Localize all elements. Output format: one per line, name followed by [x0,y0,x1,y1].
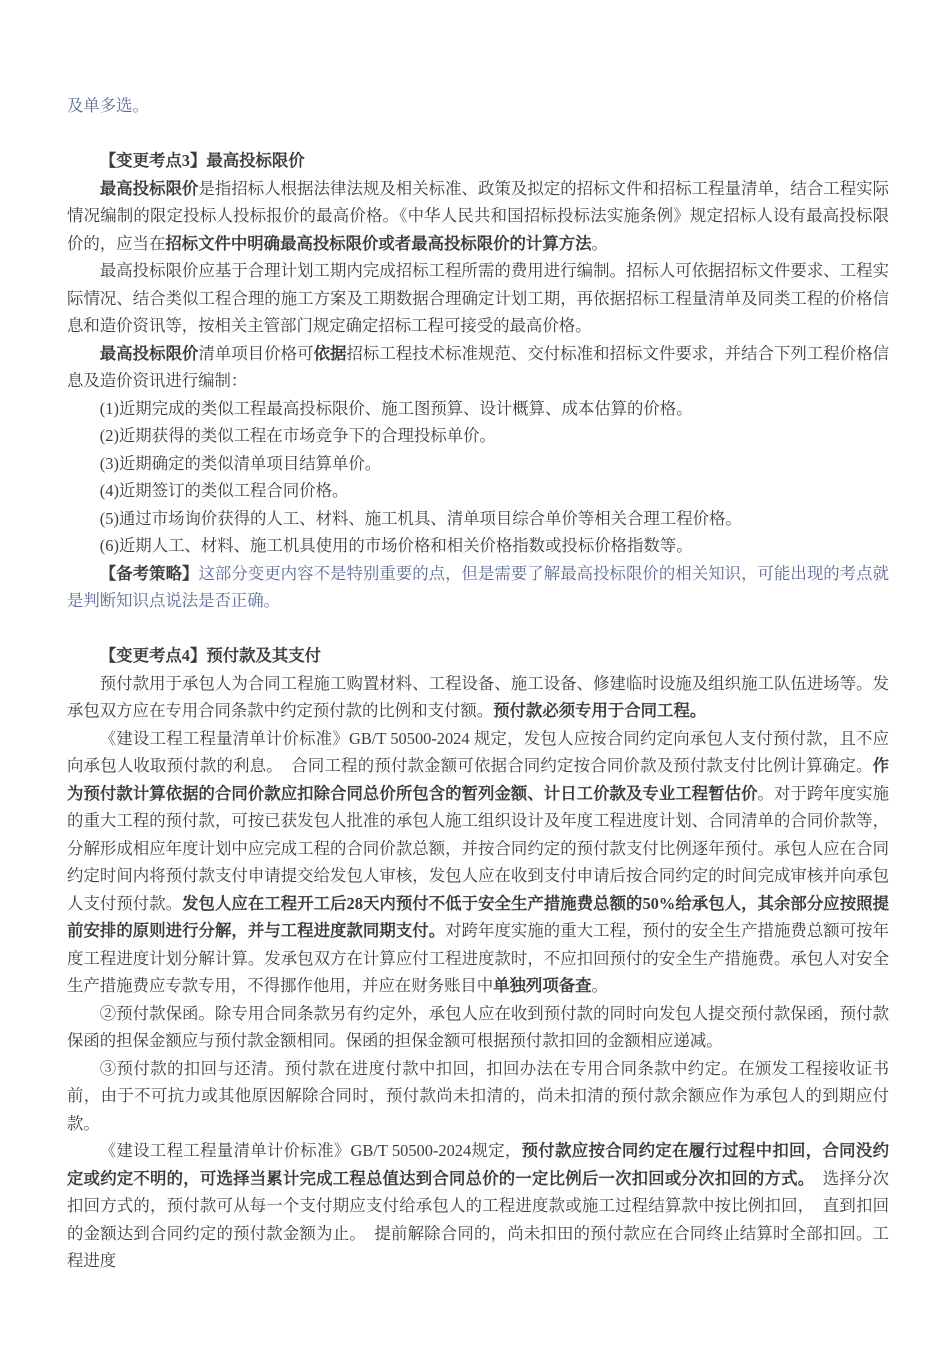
text-run: 。 [592,234,608,253]
text-run: 。 [592,976,608,995]
text-run: 《建设工程工程量清单计价标准》GB/T 50500-2024 规定，发包人应按合… [67,729,889,776]
paragraph: 《建设工程工程量清单计价标准》GB/T 50500-2024 规定，发包人应按合… [67,725,889,1000]
paragraph: 最高投标限价应基于合理计划工期内完成招标工程所需的费用进行编制。招标人可依据招标… [67,257,889,340]
text-run: 清单项目价格可 [198,344,313,363]
heading-keypoint-3: 【变更考点3】最高投标限价 [67,147,889,175]
heading-keypoint-4: 【变更考点4】预付款及其支付 [67,642,889,670]
paragraph: 最高投标限价是指招标人根据法律法规及相关标准、政策及拟定的招标文件和招标工程量清… [67,175,889,258]
intro-line: 及单多选。 [67,92,889,120]
text-run: 招标文件中明确最高投标限价或者最高投标限价的计算方法 [165,234,591,253]
list-item: (6)近期人工、材料、施工机具使用的市场价格和相关价格指数或投标价格指数等。 [67,532,889,560]
paragraph: 预付款用于承包人为合同工程施工购置材料、工程设备、施工设备、修建临时设施及组织施… [67,670,889,725]
text-run: (6)近期人工、材料、施工机具使用的市场价格和相关价格指数或投标价格指数等。 [100,536,693,555]
text-run: 【备考策略】 [100,564,199,583]
text-run: (5)通过市场询价获得的人工、材料、施工机具、清单项目综合单价等相关合理工程价格… [100,509,742,528]
text-run: 依据 [314,344,347,363]
text-run: (3)近期确定的类似清单项目结算单价。 [100,454,381,473]
text-run: 最高投标限价应基于合理计划工期内完成招标工程所需的费用进行编制。招标人可依据招标… [67,261,889,335]
text-run: (4)近期签订的类似工程合同价格。 [100,481,349,500]
text-run: 【变更考点3】最高投标限价 [100,151,305,170]
text-run: 单独列项备查 [493,976,591,995]
blank-line [67,120,889,148]
list-item: (4)近期签订的类似工程合同价格。 [67,477,889,505]
list-item: (2)近期获得的类似工程在市场竞争下的合理投标单价。 [67,422,889,450]
paragraph: 最高投标限价清单项目价格可依据招标工程技术标准规范、交付标准和招标文件要求，并结… [67,340,889,395]
text-run: 及单多选。 [67,96,149,115]
paragraph: ②预付款保函。除专用合同条款另有约定外，承包人应在收到预付款的同时向发包人提交预… [67,1000,889,1055]
document-page: 及单多选。 【变更考点3】最高投标限价 最高投标限价是指招标人根据法律法规及相关… [0,0,950,1345]
text-run: ③预付款的扣回与还清。预付款在进度付款中扣回，扣回办法在专用合同条款中约定。在颁… [67,1059,889,1133]
text-run: (1)近期完成的类似工程最高投标限价、施工图预算、设计概算、成本估算的价格。 [100,399,693,418]
text-run: 最高投标限价 [100,179,199,198]
text-run: ②预付款保函。除专用合同条款另有约定外，承包人应在收到预付款的同时向发包人提交预… [67,1004,889,1051]
text-run: 预付款用于承包人为合同工程施工购置材料、工程设备、施工设备、修建临时设施及组织施… [67,674,889,721]
paragraph: ③预付款的扣回与还清。预付款在进度付款中扣回，扣回办法在专用合同条款中约定。在颁… [67,1055,889,1138]
list-item: (1)近期完成的类似工程最高投标限价、施工图预算、设计概算、成本估算的价格。 [67,395,889,423]
text-run: 【变更考点4】预付款及其支付 [100,646,321,665]
list-item: (5)通过市场询价获得的人工、材料、施工机具、清单项目综合单价等相关合理工程价格… [67,505,889,533]
blank-line [67,615,889,643]
paragraph: 《建设工程工程量清单计价标准》GB/T 50500-2024规定，预付款应按合同… [67,1137,889,1275]
text-run: 最高投标限价 [100,344,199,363]
text-run: 预付款必须专用于合同工程。 [493,701,706,720]
text-run: (2)近期获得的类似工程在市场竞争下的合理投标单价。 [100,426,496,445]
list-item: (3)近期确定的类似清单项目结算单价。 [67,450,889,478]
text-run: 《建设工程工程量清单计价标准》GB/T 50500-2024规定， [100,1141,522,1160]
paragraph-study-strategy: 【备考策略】这部分变更内容不是特别重要的点，但是需要了解最高投标限价的相关知识，… [67,560,889,615]
